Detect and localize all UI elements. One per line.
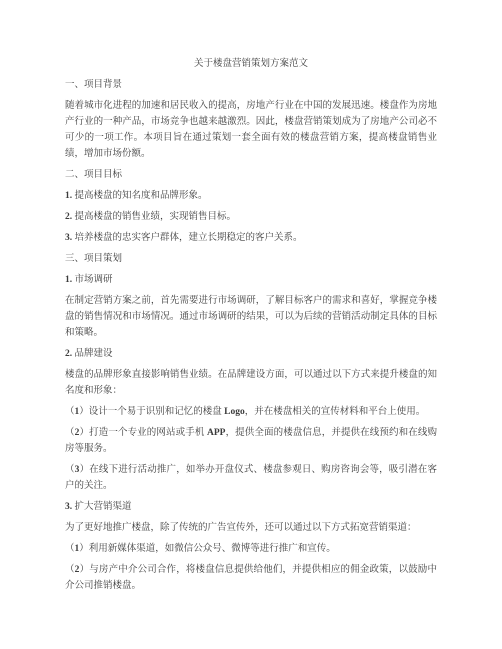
goal-item-3: 3. 培养楼盘的忠实客户群体，建立长期稳定的客户关系。 xyxy=(65,230,437,246)
brand-item-1-text: 设计一个易于识别和记忆的楼盘 xyxy=(89,407,224,417)
subsection-heading-market-research: 1. 市场调研 xyxy=(65,272,437,288)
brand-item-2-close-paren: ） xyxy=(79,428,89,438)
brand-item-3-close-paren: ） xyxy=(79,465,89,475)
section-heading-goals: 二、项目目标 xyxy=(65,167,437,183)
brand-item-1: （1）设计一个易于识别和记忆的楼盘 Logo，并在楼盘相关的宣传材料和平台上使用… xyxy=(65,404,437,420)
brand-item-1-latin: Logo xyxy=(224,407,245,417)
brand-item-1-close-paren: ） xyxy=(79,407,89,417)
brand-item-2-latin: APP xyxy=(207,428,225,438)
document-title: 关于楼盘营销策划方案范文 xyxy=(65,56,437,72)
brand-item-2: （2）打造一个专业的网站或手机 APP，提供全面的楼盘信息，并提供在线预约和在线… xyxy=(65,425,437,457)
brand-item-2-text: 打造一个专业的网站或手机 xyxy=(89,428,207,438)
brand-building-paragraph: 楼盘的品牌形象直接影响销售业绩。在品牌建设方面，可以通过以下方式来提升楼盘的知名… xyxy=(65,367,437,399)
subsection-brand-building-title: 品牌建设 xyxy=(72,349,112,359)
goal-item-3-text: 培养楼盘的忠实客户群体，建立长期稳定的客户关系。 xyxy=(72,233,302,243)
goal-item-1: 1. 提高楼盘的知名度和品牌形象。 xyxy=(65,188,437,204)
subsection-heading-marketing-channels: 3. 扩大营销渠道 xyxy=(65,499,437,515)
goal-item-2-text: 提高楼盘的销售业绩，实现销售目标。 xyxy=(72,212,236,222)
marketing-channels-paragraph: 为了更好地推广楼盘，除了传统的广告宣传外，还可以通过以下方式拓宽营销渠道： xyxy=(65,520,437,536)
brand-item-3-open-paren: （ xyxy=(65,465,75,475)
brand-item-1-text-tail: ，并在楼盘相关的宣传材料和平台上使用。 xyxy=(245,407,426,417)
subsection-heading-brand-building: 2. 品牌建设 xyxy=(65,346,437,362)
brand-item-3-text: 在线下进行活动推广，如举办开盘仪式、楼盘参观日、购房咨询会等，吸引潜在客户的关注… xyxy=(65,465,437,491)
brand-item-3: （3）在线下进行活动推广，如举办开盘仪式、楼盘参观日、购房咨询会等，吸引潜在客户… xyxy=(65,462,437,494)
section-heading-planning: 三、项目策划 xyxy=(65,251,437,267)
market-research-paragraph: 在制定营销方案之前，首先需要进行市场调研，了解目标客户的需求和喜好，掌握竞争楼盘… xyxy=(65,293,437,341)
brand-item-2-open-paren: （ xyxy=(65,428,75,438)
goal-item-1-text: 提高楼盘的知名度和品牌形象。 xyxy=(72,191,207,201)
channel-item-2: （2）与房产中介公司合作，将楼盘信息提供给他们，并提供相应的佣金政策，以鼓励中介… xyxy=(65,562,437,594)
subsection-marketing-channels-title: 扩大营销渠道 xyxy=(72,502,131,512)
channel-item-2-close-paren: ） xyxy=(79,565,89,575)
channel-item-1-text: 利用新媒体渠道，如微信公众号、微博等进行推广和宣传。 xyxy=(89,544,336,554)
document-page: 关于楼盘营销策划方案范文 一、项目背景 随着城市化进程的加速和居民收入的提高，房… xyxy=(0,0,502,649)
background-paragraph: 随着城市化进程的加速和居民收入的提高，房地产行业在中国的发展迅速。楼盘作为房地产… xyxy=(65,98,437,162)
brand-item-1-open-paren: （ xyxy=(65,407,75,417)
subsection-market-research-title: 市场调研 xyxy=(72,275,112,285)
channel-item-1: （1）利用新媒体渠道，如微信公众号、微博等进行推广和宣传。 xyxy=(65,541,437,557)
channel-item-1-open-paren: （ xyxy=(65,544,75,554)
section-heading-background: 一、项目背景 xyxy=(65,77,437,93)
channel-item-2-open-paren: （ xyxy=(65,565,75,575)
goal-item-2: 2. 提高楼盘的销售业绩，实现销售目标。 xyxy=(65,209,437,225)
channel-item-1-close-paren: ） xyxy=(79,544,89,554)
channel-item-2-text: 与房产中介公司合作，将楼盘信息提供给他们，并提供相应的佣金政策，以鼓励中介公司推… xyxy=(65,565,437,591)
